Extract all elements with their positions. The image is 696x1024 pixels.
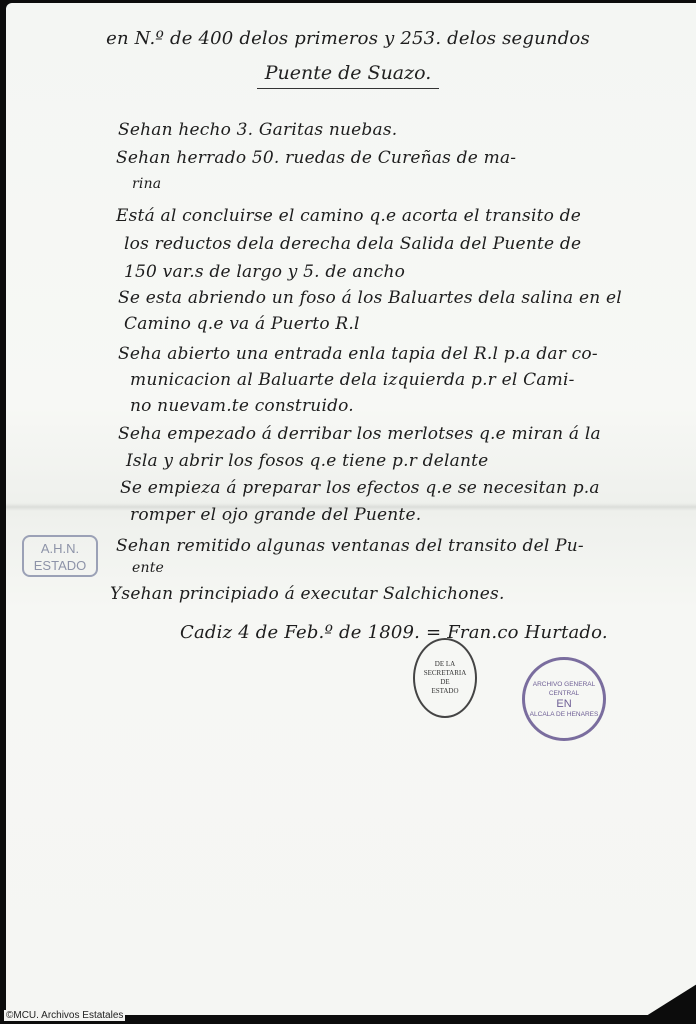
ministry-oval-stamp: DE LA SECRETARIA DE ESTADO	[413, 638, 477, 718]
entry-line: rina	[132, 176, 161, 192]
entry-line: Se esta abriendo un foso á los Baluartes…	[118, 288, 622, 308]
stamp-text: SECRETARIA	[415, 669, 475, 678]
entry-line: Seha empezado á derribar los merlotses q…	[118, 424, 601, 444]
entry-line: Sehan herrado 50. ruedas de Cureñas de m…	[116, 148, 516, 168]
entry-line: Se empieza á preparar los efectos q.e se…	[120, 478, 600, 498]
stamp-text: ALCALA DE HENARES	[525, 710, 603, 719]
entry-line: Seha abierto una entrada enla tapia del …	[118, 344, 598, 364]
archivo-general-stamp: ARCHIVO GENERAL CENTRAL EN ALCALA DE HEN…	[522, 657, 606, 741]
stamp-text: ESTADO	[415, 687, 475, 696]
entry-line: los reductos dela derecha dela Salida de…	[124, 234, 581, 254]
header-line: en N.º de 400 delos primeros y 253. delo…	[0, 28, 696, 49]
stamp-text: DE LA	[415, 660, 475, 669]
section-title: Puente de Suazo.	[0, 62, 696, 84]
entry-line: Sehan hecho 3. Garitas nuebas.	[118, 120, 397, 140]
stamp-text: ESTADO	[24, 557, 96, 574]
entry-line: ente	[132, 560, 164, 576]
copyright-notice: ©MCU. Archivos Estatales	[4, 1010, 125, 1021]
entry-line: Sehan remitido algunas ventanas del tran…	[116, 536, 584, 556]
stamp-text: EN	[525, 698, 603, 710]
entry-line: municacion al Baluarte dela izquierda p.…	[130, 370, 575, 390]
ahn-estado-stamp: A.H.N. ESTADO	[22, 535, 98, 577]
entry-line: 150 var.s de largo y 5. de ancho	[124, 262, 405, 282]
signature-line: Cadiz 4 de Feb.º de 1809. = Fran.co Hurt…	[180, 622, 608, 643]
entry-line: Isla y abrir los fosos q.e tiene p.r del…	[126, 451, 488, 471]
entry-line: Ysehan principiado á executar Salchichon…	[110, 584, 505, 604]
stamp-text: A.H.N.	[24, 540, 96, 557]
entry-line: romper el ojo grande del Puente.	[130, 505, 421, 525]
entry-line: no nuevam.te construido.	[130, 396, 354, 416]
stamp-text: DE	[415, 678, 475, 687]
section-title-text: Puente de Suazo.	[257, 62, 440, 89]
entry-line: Camino q.e va á Puerto R.l	[124, 314, 360, 334]
stamp-text: ARCHIVO GENERAL CENTRAL	[525, 680, 603, 698]
entry-line: Está al concluirse el camino q.e acorta …	[116, 206, 581, 226]
